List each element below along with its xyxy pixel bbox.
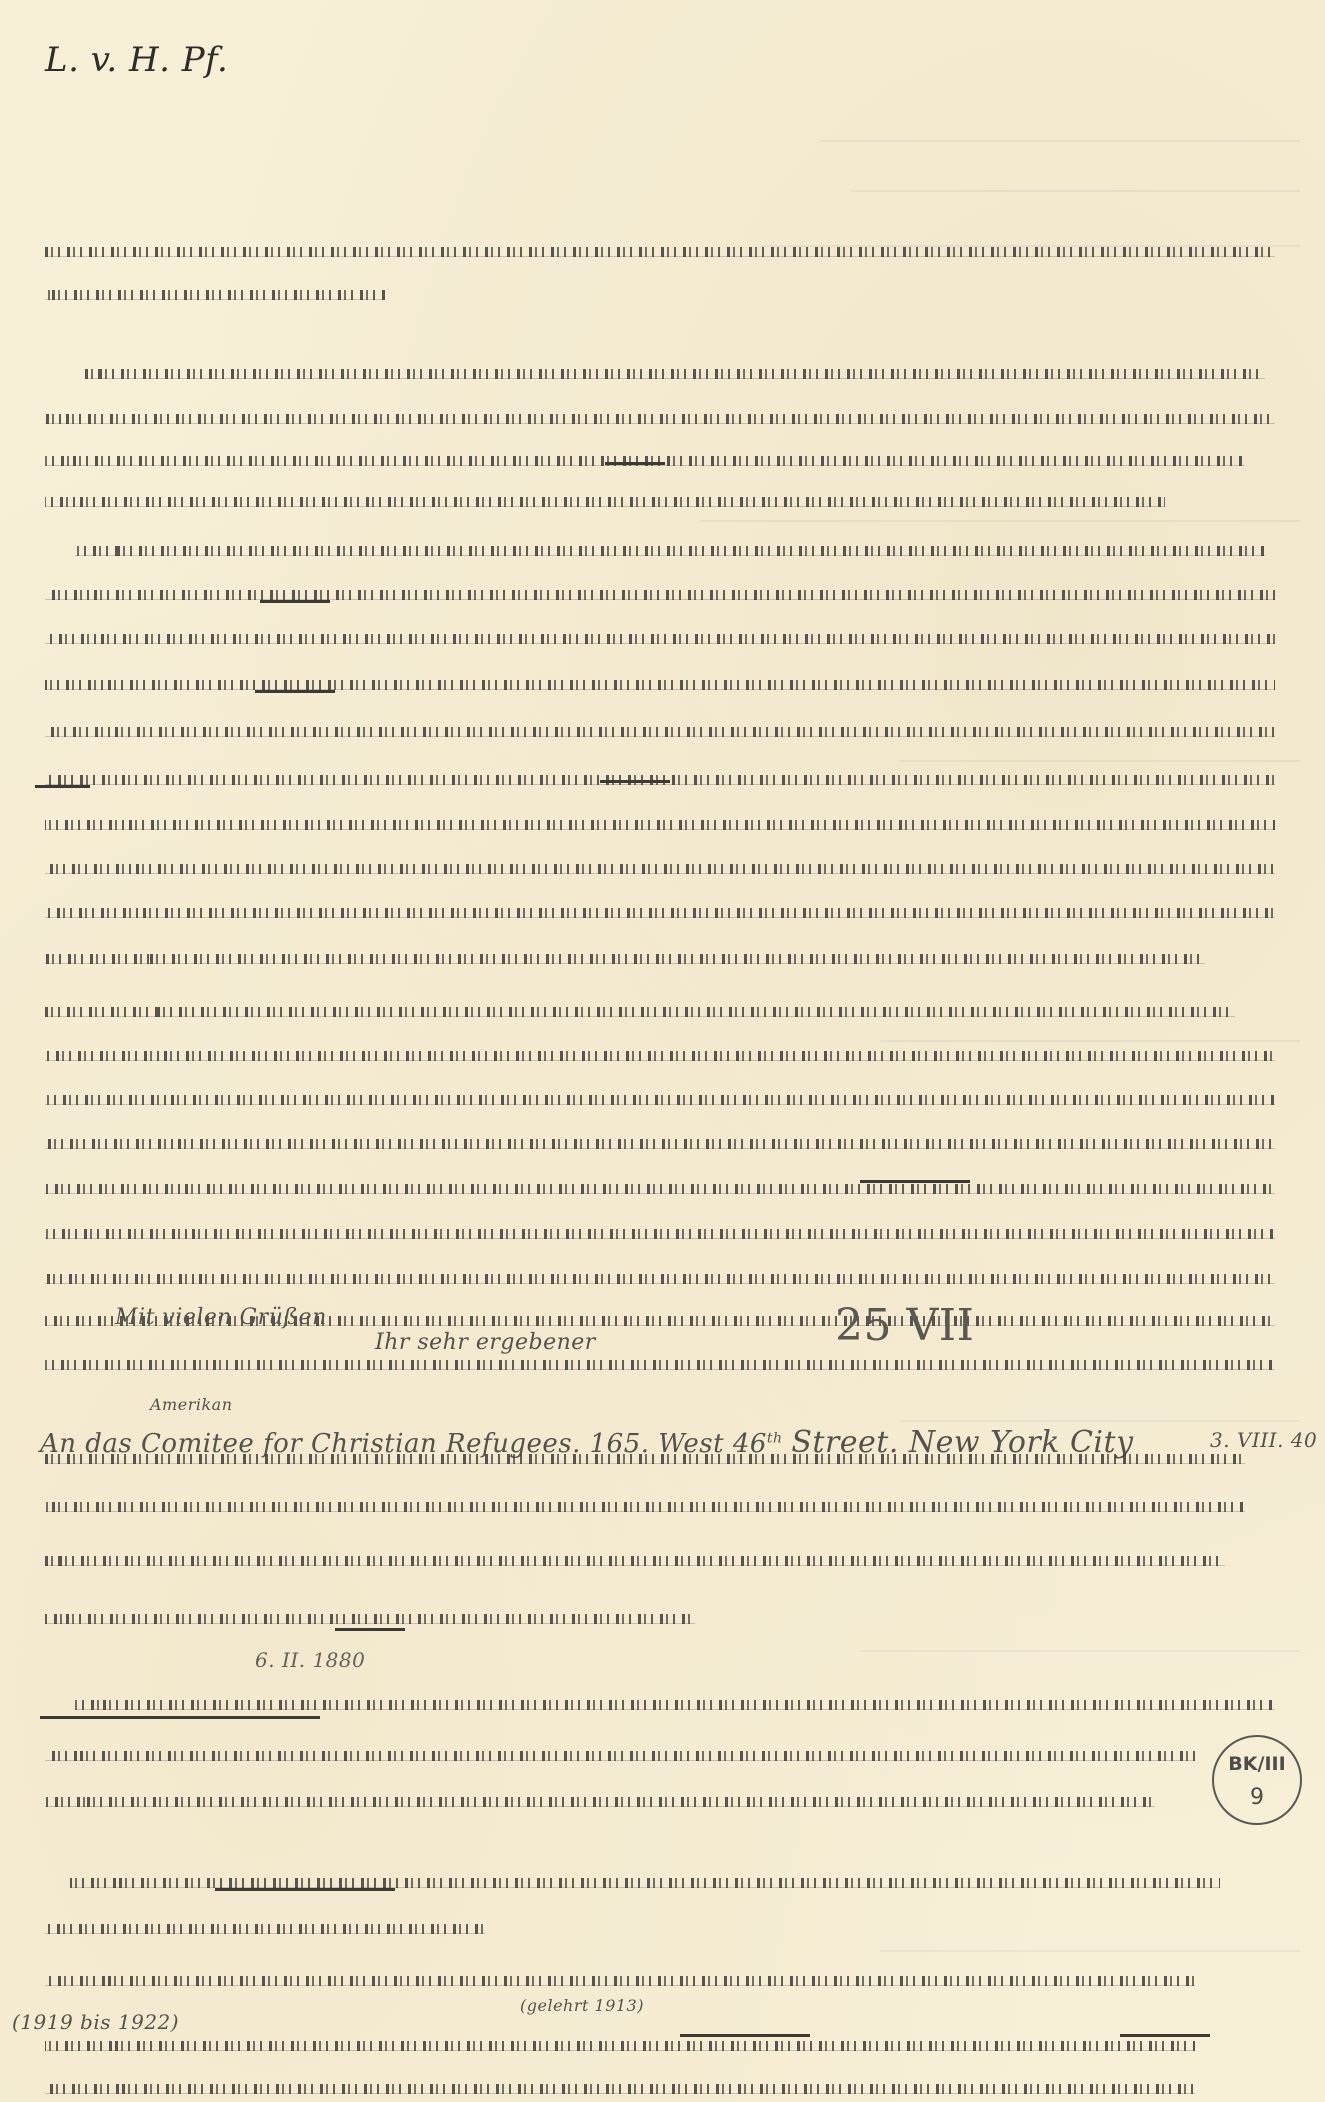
handwritten-line — [45, 1131, 1275, 1153]
shorthand-ink — [45, 2084, 1195, 2094]
shorthand-ink — [45, 1924, 485, 1934]
shorthand-ink — [75, 1700, 1275, 1710]
handwritten-line — [45, 626, 1275, 648]
years-note: (1919 bis 1922) — [12, 2010, 179, 2034]
shorthand-ink — [45, 1095, 1275, 1105]
shorthand-ink — [45, 1360, 1275, 1370]
shorthand-ink — [45, 954, 1205, 964]
handwritten-line — [45, 489, 1165, 511]
salutation: L. v. H. Pf. — [45, 40, 228, 80]
shorthand-ink — [45, 1007, 1235, 1017]
shorthand-ink — [45, 1139, 1275, 1149]
handwritten-line — [45, 1789, 1155, 1811]
handwritten-line — [45, 1743, 1195, 1765]
shorthand-ink — [45, 908, 1275, 918]
handwritten-line — [45, 719, 1275, 741]
handwritten-line — [45, 1352, 1275, 1374]
shorthand-ink — [45, 1556, 1225, 1566]
year-insert: (gelehrt 1913) — [520, 1996, 644, 2015]
handwritten-line — [45, 1043, 1275, 1065]
shorthand-ink — [45, 1614, 695, 1624]
shorthand-ink — [75, 546, 1265, 556]
handwritten-line — [75, 538, 1265, 560]
handwritten-line — [45, 767, 1275, 789]
handwritten-line — [75, 1692, 1275, 1714]
handwritten-line — [45, 239, 1275, 261]
shorthand-ink — [45, 1976, 1195, 1986]
address-sup: th — [767, 1430, 783, 1446]
closing-greeting: Mit vielen Grüßen — [115, 1305, 327, 1330]
handwritten-line — [45, 2076, 1195, 2098]
handwritten-line — [45, 1266, 1275, 1288]
strikethrough — [860, 1180, 970, 1183]
shorthand-ink — [45, 497, 1165, 507]
handwritten-line — [45, 448, 1245, 470]
shorthand-ink — [45, 820, 1275, 830]
shorthand-ink — [45, 290, 385, 300]
shorthand-ink — [45, 1184, 1275, 1194]
strikethrough — [600, 780, 670, 783]
strikethrough — [260, 600, 330, 603]
shorthand-ink — [70, 1878, 1220, 1888]
shorthand-ink — [45, 414, 1275, 424]
strikethrough — [335, 1628, 405, 1631]
shorthand-ink — [45, 1274, 1275, 1284]
birth-date: 6. II. 1880 — [255, 1648, 365, 1672]
shorthand-ink — [45, 864, 1275, 874]
handwritten-line — [45, 406, 1275, 428]
handwritten-line — [45, 1606, 695, 1628]
handwritten-line — [45, 812, 1275, 834]
handwritten-line — [45, 1087, 1275, 1109]
shorthand-ink — [45, 247, 1275, 257]
shorthand-ink — [45, 1229, 1275, 1239]
handwritten-line — [45, 282, 385, 304]
strikethrough — [1120, 2034, 1210, 2037]
strikethrough — [35, 785, 90, 788]
shorthand-ink — [45, 727, 1275, 737]
handwritten-line — [45, 999, 1235, 1021]
strikethrough — [680, 2034, 810, 2037]
shorthand-ink — [45, 1051, 1275, 1061]
shorthand-ink — [45, 1454, 1245, 1464]
handwritten-line — [45, 1446, 1245, 1468]
shorthand-ink — [85, 369, 1265, 379]
shorthand-ink — [45, 1797, 1155, 1807]
shorthand-ink — [45, 1751, 1195, 1761]
shorthand-ink — [45, 2041, 1195, 2051]
handwritten-line — [45, 946, 1205, 968]
address-insert: Amerikan — [150, 1395, 233, 1414]
handwritten-line — [45, 2033, 1195, 2055]
handwritten-line — [45, 856, 1275, 878]
handwritten-line — [45, 1221, 1275, 1243]
strikethrough — [255, 690, 335, 693]
shorthand-ink — [45, 680, 1275, 690]
handwritten-line — [45, 1494, 1245, 1516]
closing-signature: Ihr sehr ergebener — [375, 1330, 596, 1355]
handwritten-line — [45, 1176, 1275, 1198]
handwritten-line — [45, 1916, 485, 1938]
handwritten-line — [45, 900, 1275, 922]
stamp-label: BK/III — [1214, 1753, 1300, 1775]
manuscript-page: L. v. H. Pf. Mit vielen Grüßen Ihr sehr … — [0, 0, 1325, 2102]
date-mark: 25 VII — [835, 1300, 975, 1351]
handwritten-line — [45, 582, 1275, 604]
shorthand-ink — [45, 634, 1275, 644]
strikethrough — [605, 462, 665, 465]
handwritten-line — [45, 1548, 1225, 1570]
shorthand-ink — [45, 1502, 1245, 1512]
handwritten-line — [45, 1968, 1195, 1990]
archive-stamp: BK/III 9 — [1212, 1735, 1302, 1825]
stamp-number: 9 — [1214, 1785, 1300, 1810]
strikethrough — [40, 1716, 320, 1719]
handwritten-line — [85, 361, 1265, 383]
strikethrough — [215, 1888, 395, 1891]
shorthand-ink — [45, 590, 1275, 600]
handwritten-line — [45, 672, 1275, 694]
